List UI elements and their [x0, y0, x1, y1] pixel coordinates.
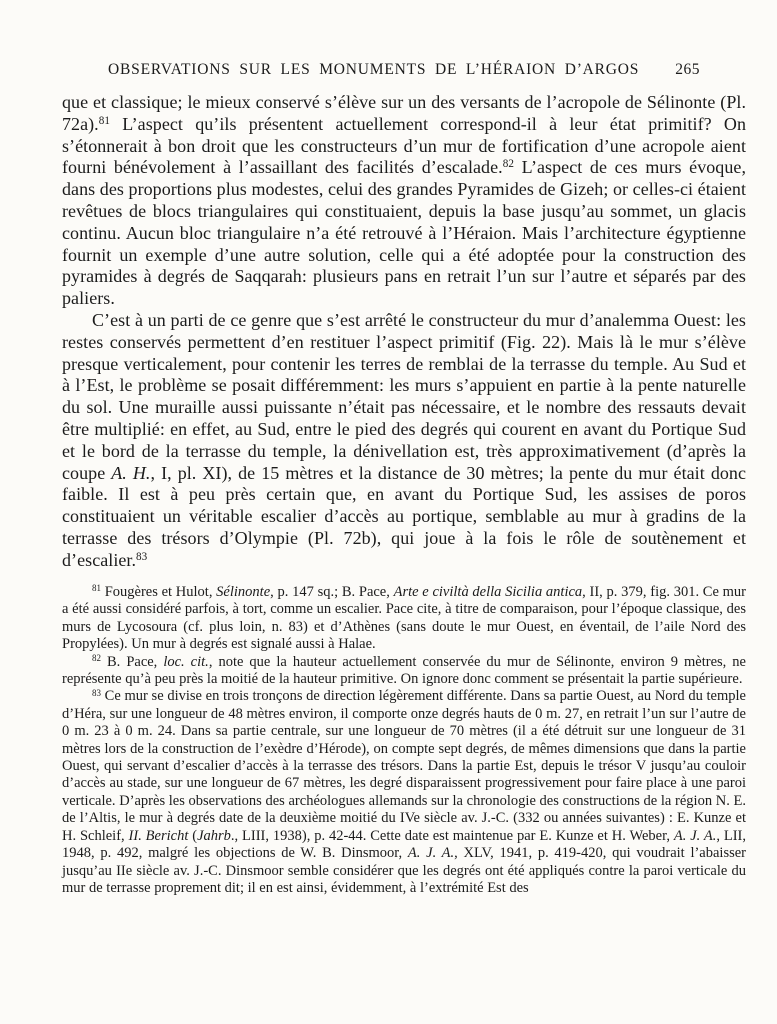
footnote: 81 Fougères et Hulot, Sélinonte, p. 147 …	[62, 584, 746, 654]
scanned-page: OBSERVATIONS SUR LES MONUMENTS DE L’HÉRA…	[0, 0, 777, 1024]
text-run: , I, pl. XI), de 15 mètres et la distanc…	[62, 463, 746, 570]
italic-text: A. J. A.	[408, 845, 454, 861]
text-run: C’est à un parti de ce genre que s’est a…	[62, 310, 746, 483]
body-text: que et classique; le mieux conservé s’él…	[62, 92, 746, 572]
italic-text: A. H.	[111, 463, 150, 483]
footnote-ref: 82	[92, 653, 101, 663]
page-number: 265	[675, 60, 700, 80]
text-run: L’aspect de ces murs évoque, dans des pr…	[62, 157, 746, 308]
italic-text: II. Bericht	[129, 828, 189, 844]
running-header: OBSERVATIONS SUR LES MONUMENTS DE L’HÉRA…	[62, 60, 746, 80]
footnote-ref: 83	[92, 688, 101, 698]
body-paragraph: que et classique; le mieux conservé s’él…	[62, 92, 746, 310]
footnote-ref: 83	[136, 551, 147, 563]
italic-text: loc. cit.	[163, 654, 208, 670]
footnote-ref: 82	[503, 158, 514, 170]
text-run: Fougères et Hulot,	[101, 584, 216, 600]
italic-text: Arte e civiltà della Sicilia antica	[394, 584, 583, 600]
footnote: 83 Ce mur se divise en trois tronçons de…	[62, 688, 746, 897]
footnote-ref: 81	[99, 115, 110, 127]
text-run: , p. 147 sq.; B. Pace,	[270, 584, 393, 600]
running-header-title: OBSERVATIONS SUR LES MONUMENTS DE L’HÉRA…	[108, 61, 639, 78]
footnote-ref: 81	[92, 583, 101, 593]
italic-text: Sélinonte	[216, 584, 270, 600]
text-run: Ce mur se divise en trois tronçons de di…	[62, 688, 746, 843]
text-run: ., LIII, 1938), p. 42-44. Cette date est…	[231, 828, 674, 844]
body-paragraph: C’est à un parti de ce genre que s’est a…	[62, 310, 746, 572]
text-run: B. Pace,	[101, 654, 163, 670]
text-run: (	[188, 828, 197, 844]
footnotes-section: 81 Fougères et Hulot, Sélinonte, p. 147 …	[62, 584, 746, 897]
italic-text: Jahrb	[197, 828, 231, 844]
footnote: 82 B. Pace, loc. cit., note que la haute…	[62, 654, 746, 689]
italic-text: A. J. A.	[674, 828, 717, 844]
